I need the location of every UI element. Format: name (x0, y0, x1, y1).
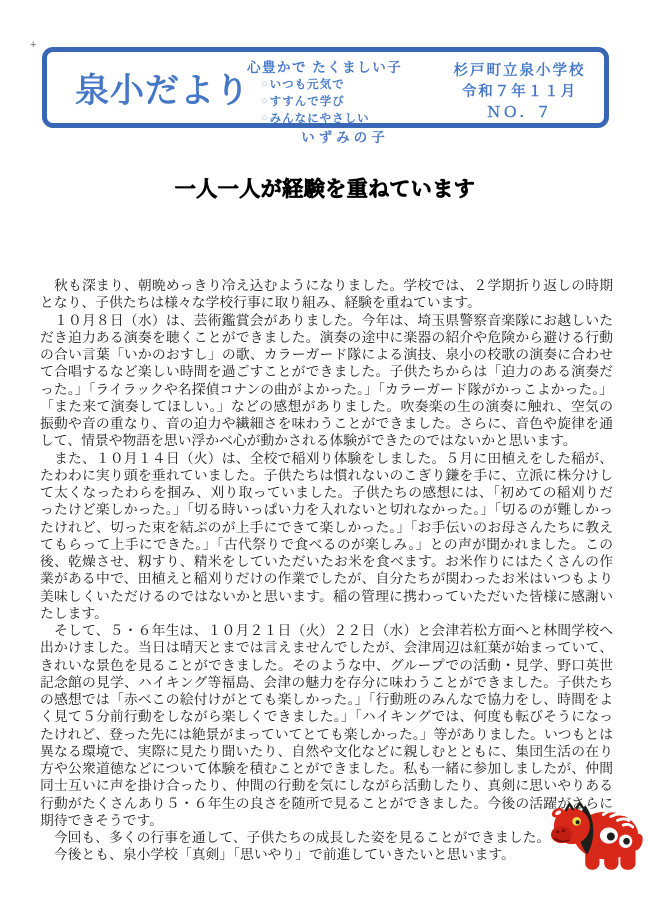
issue-number: ＮＯ．７ (443, 101, 596, 122)
issue-date: 令和７年１１月 (443, 80, 596, 101)
paragraph-rice-harvest: また、１０月１４日（火）は、全校で稲刈り体験をしました。５月に田植えをした稲が、… (40, 450, 613, 623)
motto-item-list: ○ いつも元気で ○ すすんで学び ○ みんなにやさしい (247, 76, 443, 126)
paragraph-forest-school: そして、５・６年生は、１０月２１日（火）２２日（水）と会津若松方面へと林間学校へ… (40, 622, 613, 829)
circle-bullet-icon: ○ (261, 112, 269, 124)
motto-footer: いずみの子 (247, 126, 443, 146)
issue-info: 杉戸町立泉小学校 令和７年１１月 ＮＯ．７ (443, 52, 604, 123)
paragraph-closing-1: 今回も、多くの行事を通して、子供たちの成長した姿を見ることができました。 (40, 829, 613, 846)
akabeko-cow-illustration (551, 792, 646, 881)
newsletter-page: + 泉小だより 心豊かで たくましい子 ○ いつも元気で ○ すすんで学び ○ … (0, 0, 650, 919)
motto-item-label: いつも元気で (270, 76, 345, 92)
school-motto: 心豊かで たくましい子 ○ いつも元気で ○ すすんで学び ○ みんなにやさしい… (247, 52, 443, 123)
registration-mark: + (30, 39, 36, 51)
motto-item: ○ いつも元気で (261, 76, 443, 92)
motto-item-label: すすんで学び (270, 93, 345, 109)
school-name: 杉戸町立泉小学校 (443, 59, 596, 80)
article-body: 秋も深まり、朝晩めっきり冷え込むようになりました。学校では、２学期折り返しの時期… (40, 277, 613, 864)
motto-item: ○ みんなにやさしい (261, 110, 443, 126)
paragraph-art-appreciation: １０月８日（水）は、芸術鑑賞会がありました。今年は、埼玉県警察音楽隊にお越しいた… (40, 312, 613, 450)
circle-bullet-icon: ○ (261, 78, 269, 90)
paragraph-closing-2: 今後とも、泉小学校「真剣」「思いやり」で前進していきたいと思います。 (40, 846, 613, 863)
newsletter-title: 泉小だより (47, 63, 247, 112)
circle-bullet-icon: ○ (261, 95, 269, 107)
masthead: 泉小だより 心豊かで たくましい子 ○ いつも元気で ○ すすんで学び ○ みん… (42, 47, 609, 128)
motto-item-label: みんなにやさしい (270, 110, 370, 126)
article-headline: 一人一人が経験を重ねています (0, 173, 650, 203)
motto-item: ○ すすんで学び (261, 93, 443, 109)
paragraph-season-intro: 秋も深まり、朝晩めっきり冷え込むようになりました。学校では、２学期折り返しの時期… (40, 277, 613, 312)
motto-heading: 心豊かで たくましい子 (247, 56, 443, 76)
